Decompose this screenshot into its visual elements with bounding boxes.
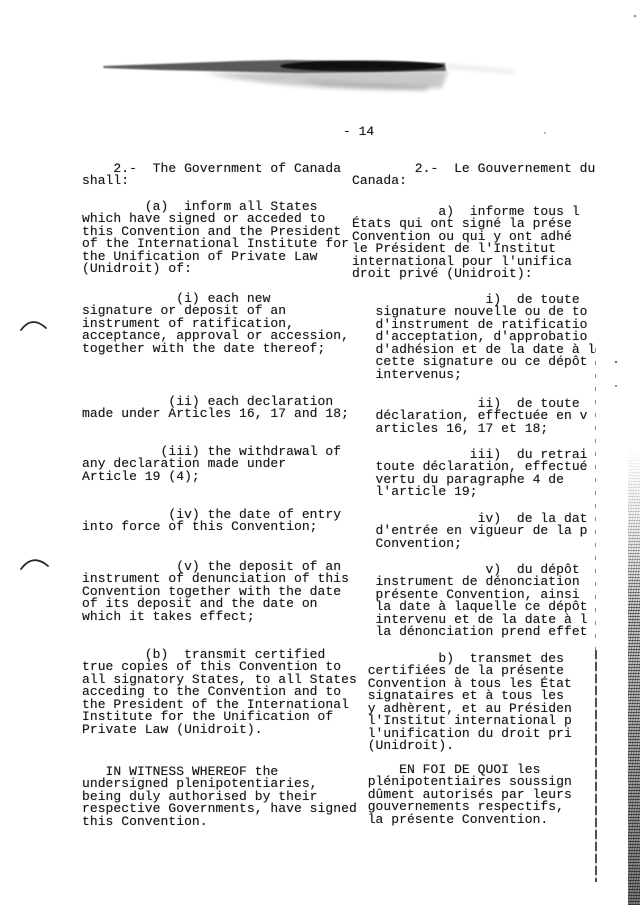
fr-paragraph-2: i) de toute signature nouvelle ou de to … [352,294,595,381]
scanned-document-page: - 14 2.- The Government of Canada shall:… [0,0,640,905]
margin-arc-mark-upper [21,322,46,330]
page-number: - 14 [343,126,374,138]
fr-paragraph-7: b) transmet des certifiées de la présent… [352,653,572,753]
fr-paragraph-1: a) informe tous l États qui ont signé la… [352,206,580,281]
en-paragraph-1: (a) inform all States which have signed … [82,201,349,276]
en-paragraph-6: (v) the deposit of an instrument of denu… [82,561,349,623]
fr-paragraph-0: 2.- Le Gouvernement du Canada: [352,163,595,188]
fr-paragraph-3: ii) de toute déclaration, effectuée en v… [352,398,588,435]
en-paragraph-0: 2.- The Government of Canada shall: [82,163,341,188]
en-paragraph-7: (b) transmit certified true copies of th… [82,649,357,736]
fr-paragraph-6: v) du dépôt instrument de dénonciation p… [352,564,588,639]
en-paragraph-4: (iii) the withdrawal of any declaration … [82,446,341,483]
fr-paragraph-4: iii) du retrai toute déclaration, effect… [352,449,588,499]
margin-arc-mark-lower [21,560,48,569]
fr-paragraph-5: iv) de la dat d'entrée en vigueur de la … [352,513,588,550]
fr-paragraph-8: EN FOI DE QUOI les plénipotentiaires sou… [352,764,572,826]
page-edge-line-lower [595,650,597,882]
page-edge-line-upper [595,348,596,650]
page-edge-noise-band [628,448,640,905]
en-paragraph-2: (i) each new signature or deposit of an … [82,293,349,355]
scan-smudge-artifact [103,60,515,91]
en-paragraph-8: IN WITNESS WHEREOF the undersigned pleni… [82,766,357,828]
en-paragraph-3: (ii) each declaration made under Article… [82,396,349,421]
en-paragraph-5: (iv) the date of entry into force of thi… [82,509,341,534]
